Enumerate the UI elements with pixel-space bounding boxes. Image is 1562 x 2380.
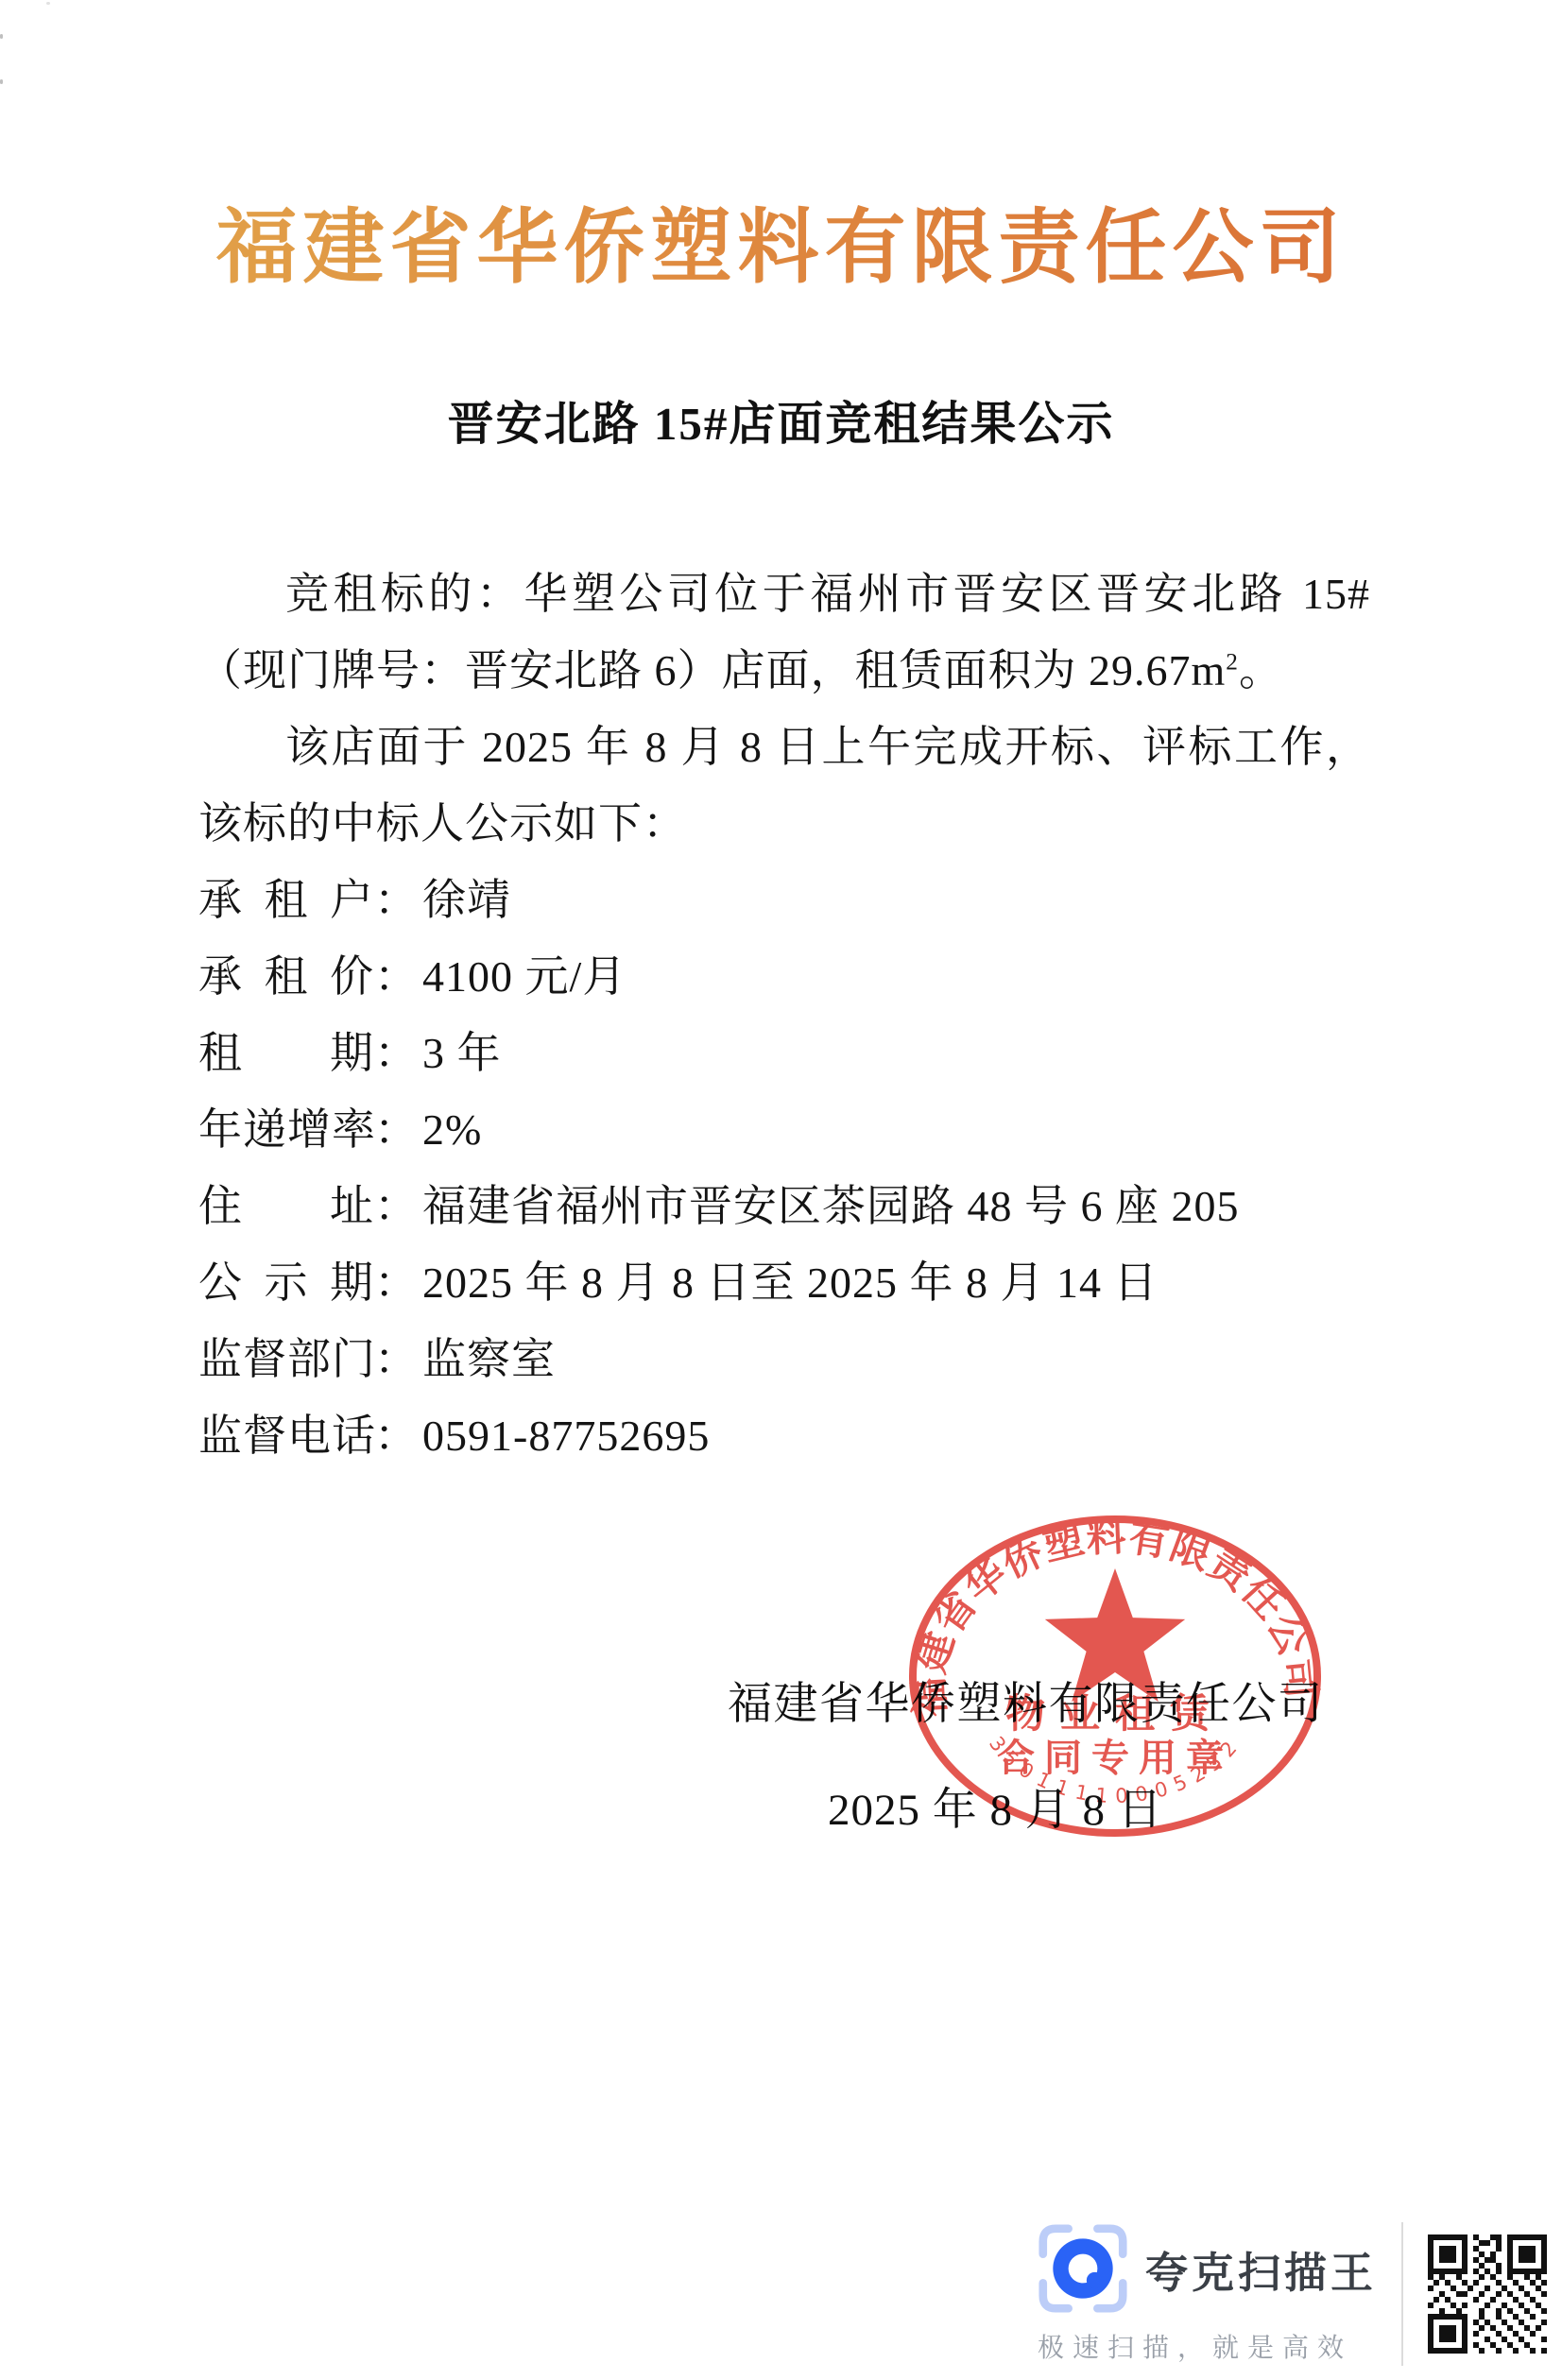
field-label: 监督部门 — [198, 1321, 374, 1397]
quark-logo-icon — [1038, 2223, 1128, 2314]
field-row-rent-price: 承租价：4100 元/月 — [198, 938, 1370, 1015]
field-value: 0591-87752695 — [422, 1412, 710, 1460]
field-colon: ： — [374, 1335, 419, 1383]
company-title: 福建省华侨塑料有限责任公司 — [0, 181, 1562, 299]
document-page: 福建省华侨塑料有限责任公司 晋安北路 15#店面竞租结果公示 竞租标的：华塑公司… — [0, 0, 1562, 2380]
field-value: 监察室 — [422, 1335, 556, 1383]
field-label: 公示期 — [198, 1244, 374, 1321]
scan-speck — [46, 2, 50, 5]
field-label: 住址 — [198, 1168, 374, 1244]
field-colon: ： — [374, 1182, 419, 1230]
scan-speck — [0, 34, 3, 39]
field-row-address: 住址：福建省福州市晋安区茶园路 48 号 6 座 205 — [198, 1168, 1370, 1244]
scan-speck — [0, 79, 3, 84]
paragraph-subject: 竞租标的：华塑公司位于福州市晋安区晋安北路 15#（现门牌号：晋安北路 6）店面… — [198, 556, 1370, 709]
paragraph-subject-end: 。 — [1239, 646, 1283, 694]
scanner-tagline: 极速扫描，就是高效 — [1038, 2327, 1377, 2365]
field-row-supervision-dept: 监督部门：监察室 — [198, 1321, 1370, 1397]
company-seal: 福建省华侨塑料有限责任公司 物业租赁 合同专用章 35011110005252 — [898, 1500, 1332, 1852]
field-colon: ： — [374, 876, 419, 924]
star-icon — [1045, 1568, 1185, 1702]
field-value: 3 年 — [422, 1029, 502, 1077]
field-colon: ： — [374, 1258, 419, 1307]
document-body: 竞租标的：华塑公司位于福州市晋安区晋安北路 15#（现门牌号：晋安北路 6）店面… — [198, 556, 1370, 1474]
field-label: 租期 — [198, 1015, 374, 1091]
square-meter-superscript: 2 — [1226, 649, 1239, 676]
scanner-app-name: 夸克扫描王 — [1145, 2238, 1377, 2300]
scanner-watermark-left: 夸克扫描王 极速扫描，就是高效 — [1038, 2222, 1377, 2366]
field-colon: ： — [374, 1029, 419, 1077]
paragraph-process: 该店面于 2025 年 8 月 8 日上午完成开标、评标工作，该标的中标人公示如… — [198, 709, 1370, 862]
field-colon: ： — [374, 1105, 419, 1154]
field-value: 2% — [422, 1105, 482, 1154]
field-value: 2025 年 8 月 8 日至 2025 年 8 月 14 日 — [422, 1258, 1159, 1307]
field-colon: ： — [374, 952, 419, 1001]
field-label: 承租价 — [198, 938, 374, 1015]
field-row-tenant: 承租户：徐靖 — [198, 862, 1370, 938]
qr-code — [1428, 2234, 1547, 2354]
watermark-divider — [1401, 2222, 1403, 2366]
field-row-supervision-phone: 监督电话：0591-87752695 — [198, 1397, 1370, 1474]
field-label: 监督电话 — [198, 1397, 374, 1474]
field-value: 福建省福州市晋安区茶园路 48 号 6 座 205 — [422, 1182, 1240, 1230]
field-row-annual-increase: 年递增率：2% — [198, 1091, 1370, 1168]
field-colon: ： — [374, 1412, 419, 1460]
paragraph-subject-text: 竞租标的：华塑公司位于福州市晋安区晋安北路 15#（现门牌号：晋安北路 6）店面… — [198, 570, 1370, 694]
field-row-publicity-period: 公示期：2025 年 8 月 8 日至 2025 年 8 月 14 日 — [198, 1244, 1370, 1321]
field-value: 4100 元/月 — [422, 952, 627, 1001]
field-row-term: 租期：3 年 — [198, 1015, 1370, 1091]
field-label: 年递增率 — [198, 1091, 374, 1168]
scanner-watermark: 夸克扫描王 极速扫描，就是高效 — [1038, 2222, 1547, 2366]
seal-line1: 物业租赁 — [1005, 1691, 1225, 1737]
field-label: 承租户 — [198, 862, 374, 938]
document-title: 晋安北路 15#店面竞租结果公示 — [0, 387, 1562, 454]
field-value: 徐靖 — [422, 876, 511, 924]
